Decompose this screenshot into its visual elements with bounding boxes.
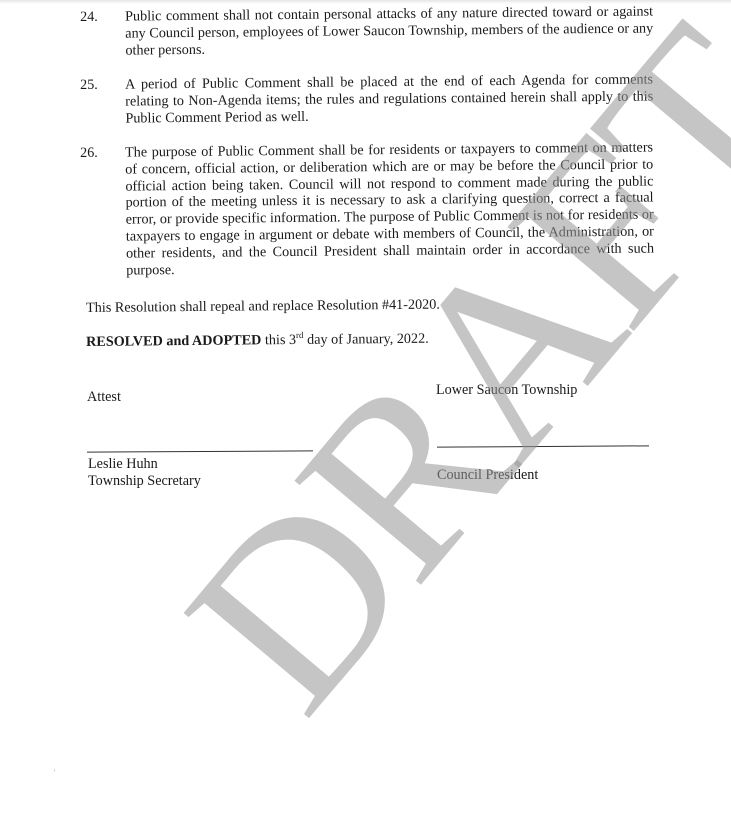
item-text: Public comment shall not contain persona…	[125, 3, 653, 58]
president-signature-line	[437, 445, 649, 447]
item-number: 24.	[80, 9, 98, 26]
ordinal-suffix: rd	[296, 330, 304, 340]
repeal-statement: This Resolution shall repeal and replace…	[86, 297, 440, 317]
organization-name: Lower Saucon Township	[436, 382, 577, 399]
item-text: A period of Public Comment shall be plac…	[125, 71, 653, 126]
document-page: 24. Public comment shall not contain per…	[0, 0, 731, 821]
item-number: 26.	[80, 145, 98, 162]
president-title: Council President	[437, 467, 538, 484]
list-item-25: 25. A period of Public Comment shall be …	[80, 71, 660, 77]
adoption-suffix: day of January, 2022.	[303, 331, 428, 348]
adoption-label: RESOLVED and ADOPTED	[86, 332, 261, 350]
item-text: The purpose of Public Comment shall be f…	[125, 139, 654, 278]
item-number: 25.	[80, 77, 98, 94]
secretary-signature-line	[87, 450, 313, 452]
attest-label: Attest	[87, 389, 121, 406]
secretary-name: Leslie Huhn	[88, 456, 158, 473]
list-item-24: 24. Public comment shall not contain per…	[80, 3, 660, 9]
list-item-26: 26. The purpose of Public Comment shall …	[80, 139, 660, 145]
adoption-prefix: this 3	[261, 332, 296, 348]
scan-speck	[54, 769, 55, 772]
secretary-title: Township Secretary	[88, 473, 201, 490]
adoption-statement: RESOLVED and ADOPTED this 3rd day of Jan…	[86, 331, 429, 351]
